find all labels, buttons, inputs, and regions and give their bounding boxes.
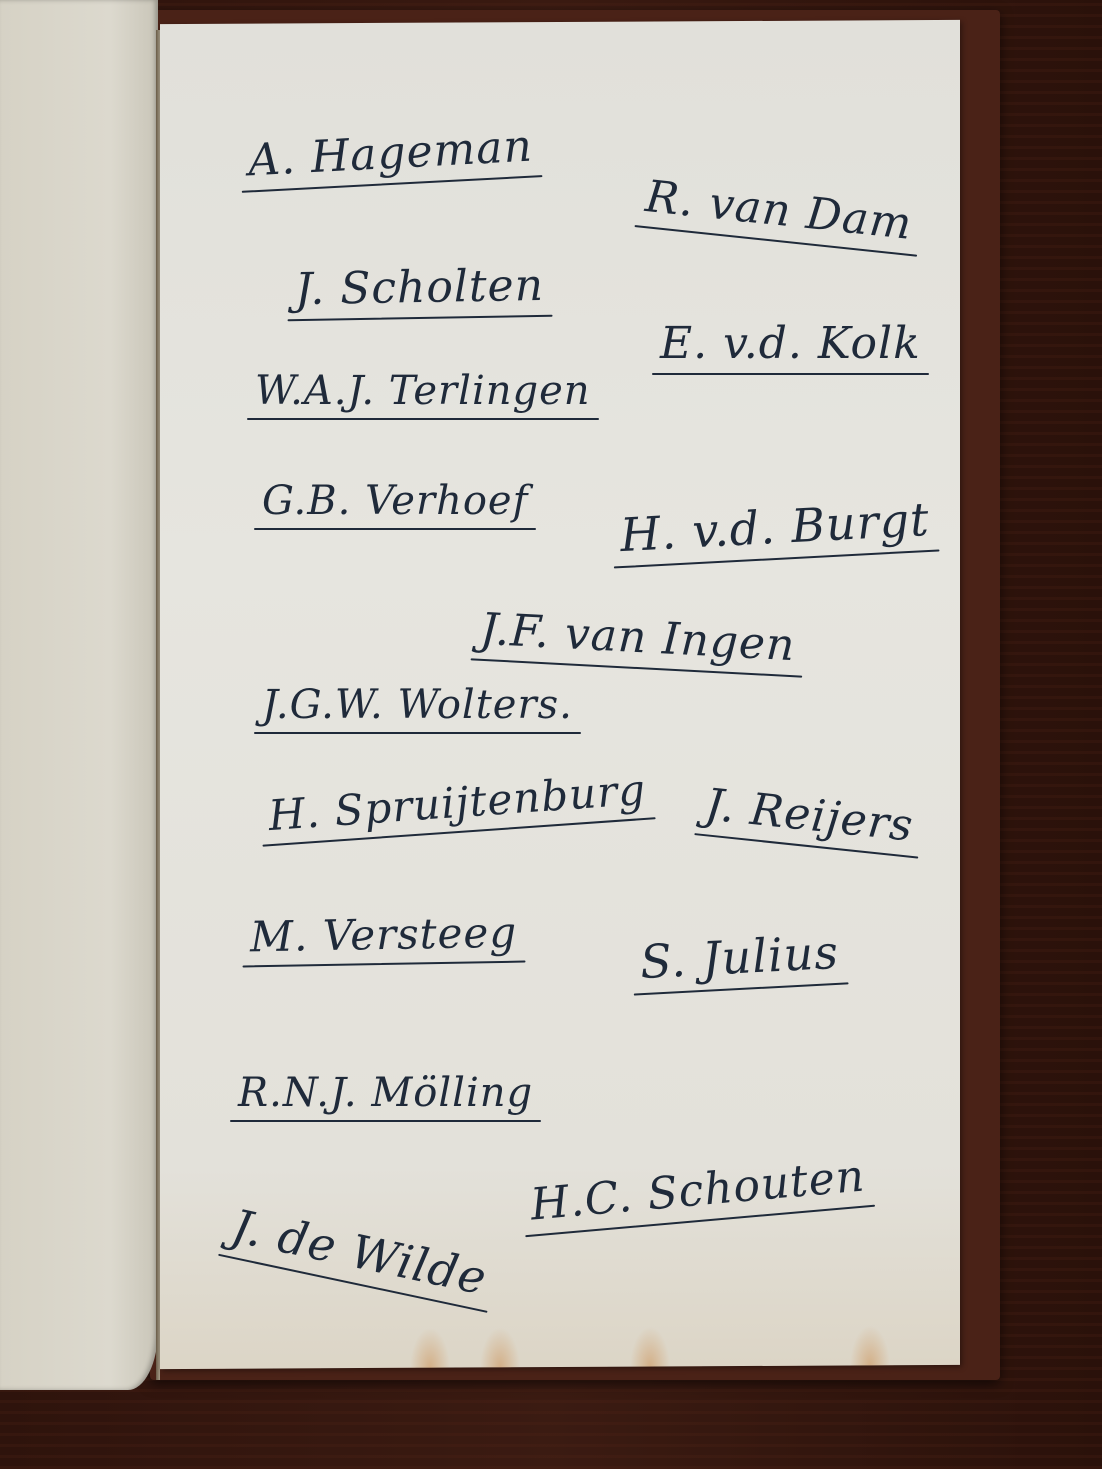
signature: M. Versteeg <box>250 908 518 962</box>
signature: W.A.J. Terlingen <box>255 368 591 414</box>
foxing-stain <box>630 1326 670 1366</box>
signature-underline <box>254 528 536 530</box>
signature-underline <box>254 732 581 734</box>
signature-underline <box>652 373 929 375</box>
signature-underline <box>230 1120 541 1122</box>
signature: J.G.W. Wolters. <box>262 682 573 728</box>
foxing-stain <box>410 1328 450 1368</box>
signature: E. v.d. Kolk <box>660 318 921 369</box>
foxing-stain <box>850 1325 890 1365</box>
signature: G.B. Verhoef <box>262 478 528 524</box>
signature: J. Scholten <box>295 260 545 315</box>
signature: S. Julius <box>639 925 840 989</box>
foxing-stain <box>480 1327 520 1367</box>
left-page <box>0 0 158 1390</box>
signature: R.N.J. Mölling <box>238 1070 533 1116</box>
signature-underline <box>247 418 599 420</box>
